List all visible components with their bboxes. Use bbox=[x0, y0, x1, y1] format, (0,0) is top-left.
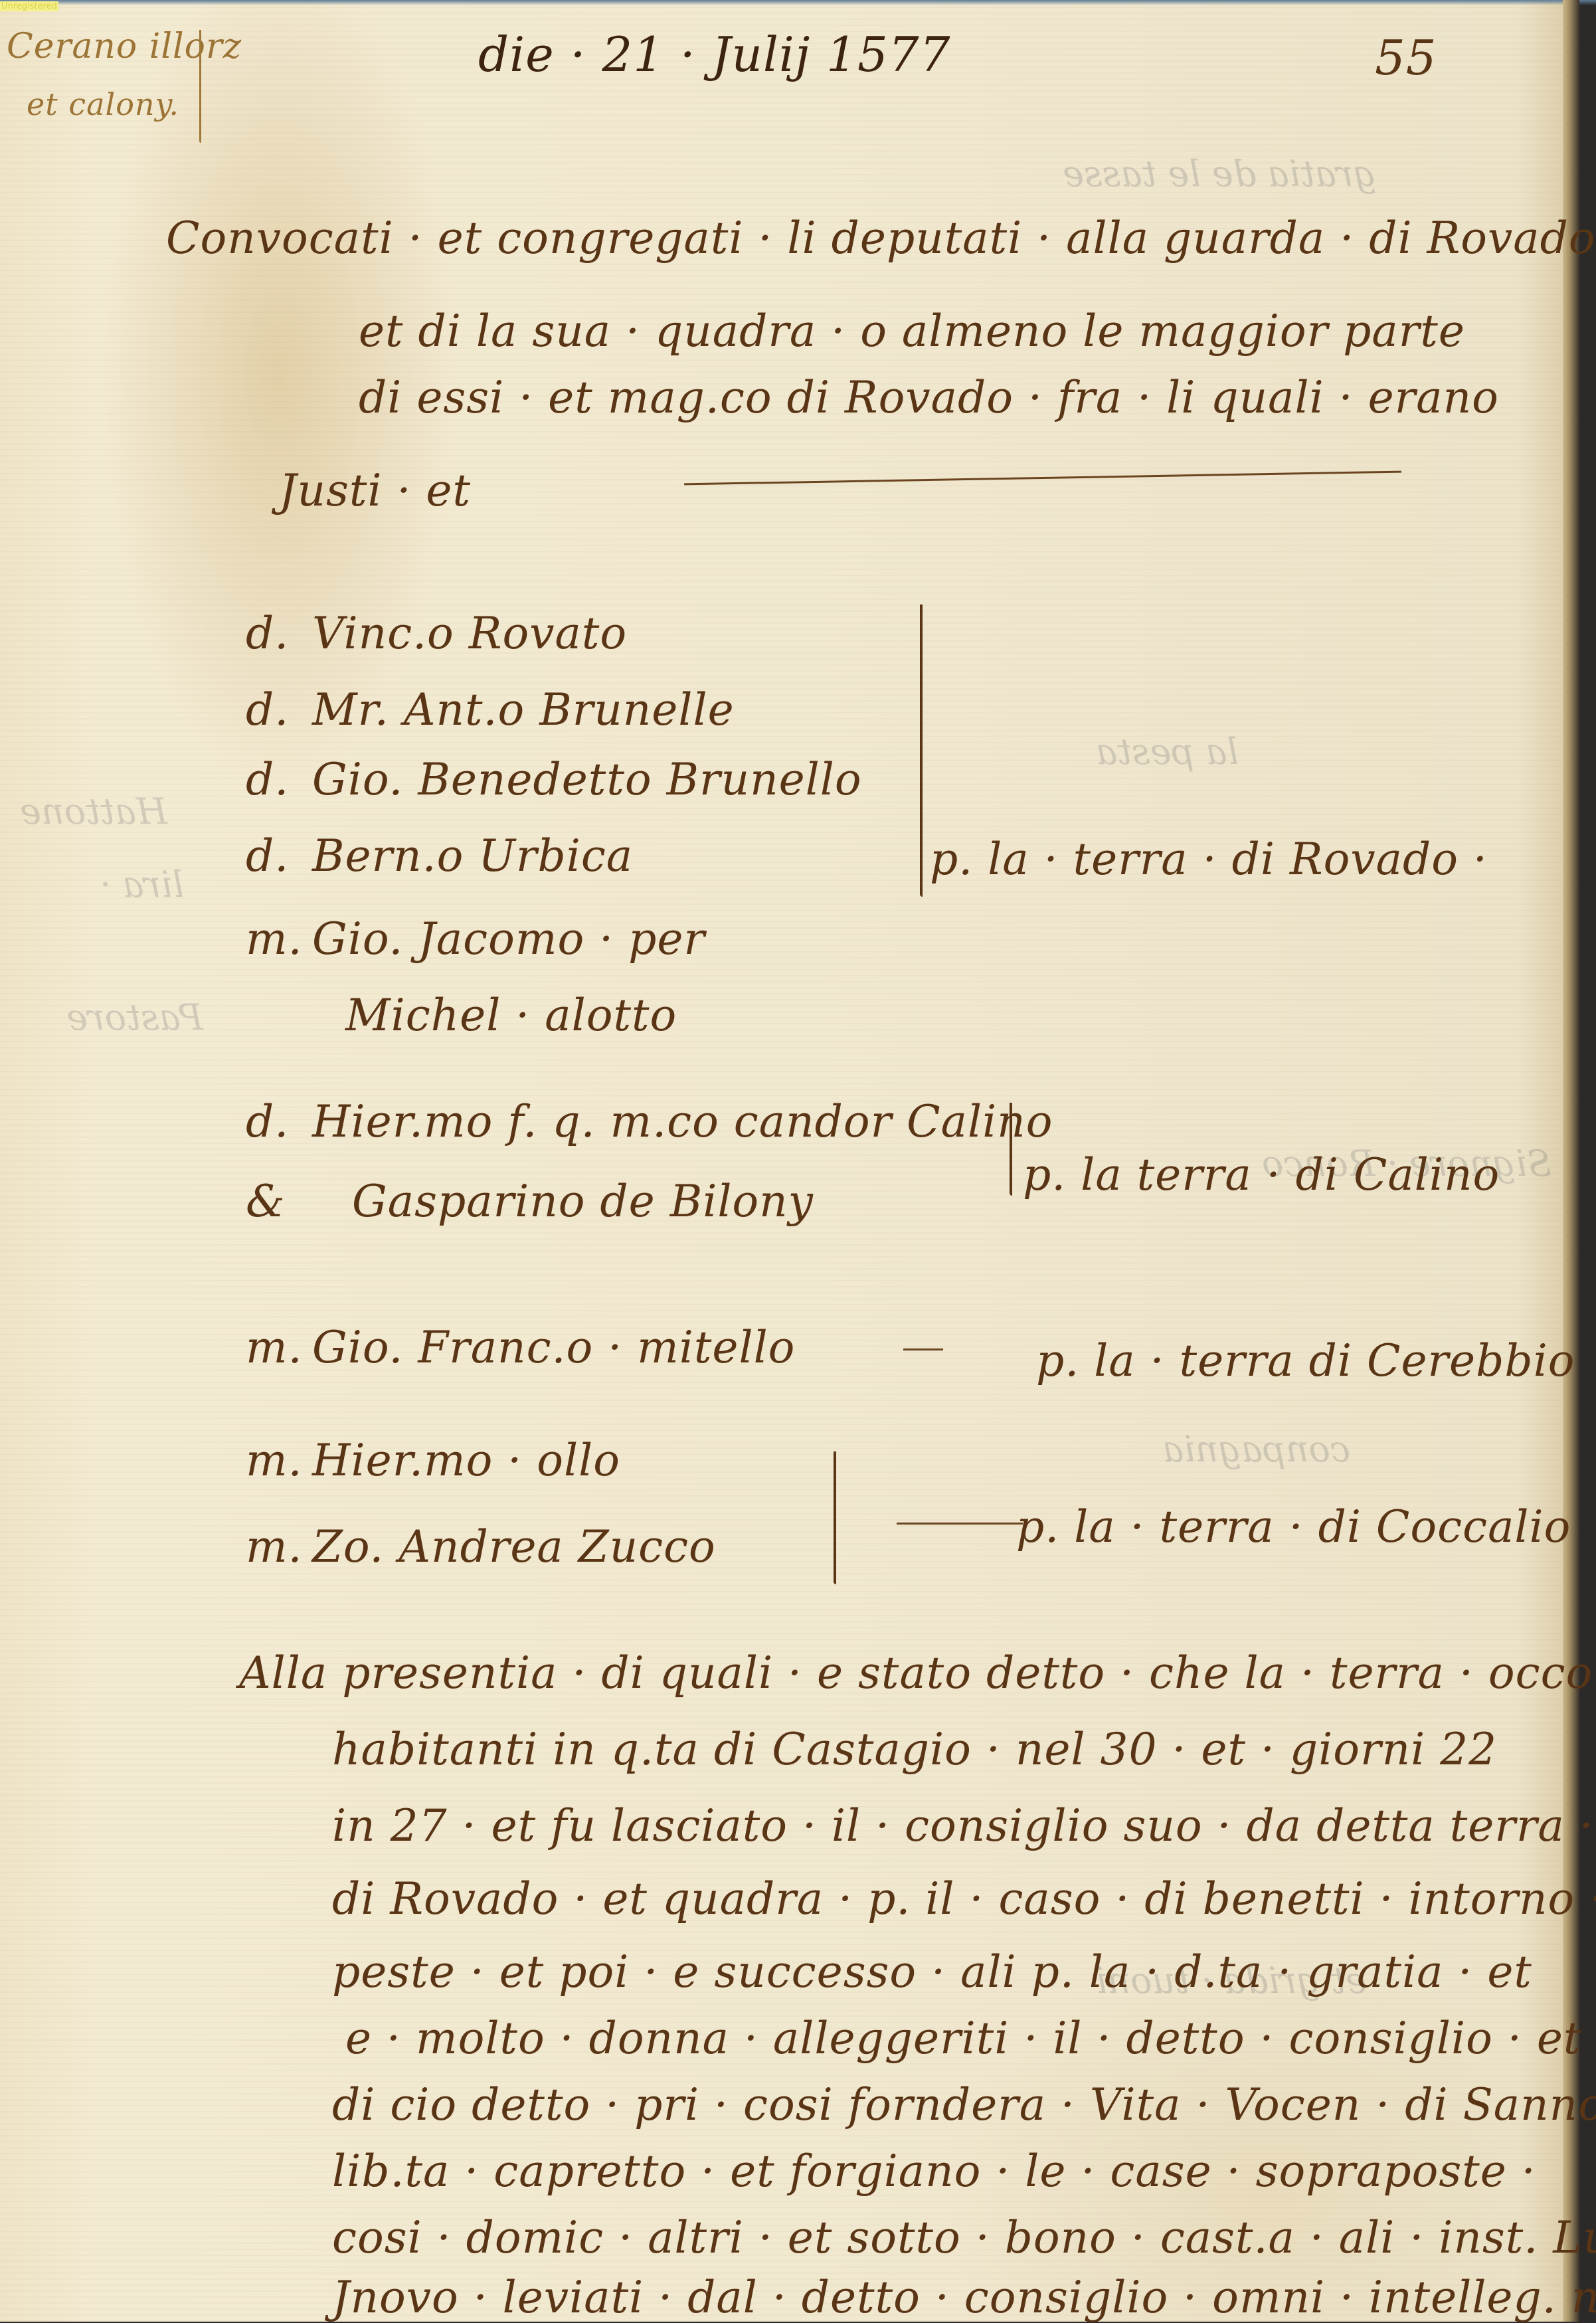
bleed-through-text: la pesta bbox=[1096, 731, 1239, 773]
member-prefix: d. bbox=[246, 754, 289, 805]
manuscript-page: Unregistered gratia de le tasse Hattone … bbox=[0, 0, 1579, 2322]
margin-note-line-1: Cerano illorz bbox=[7, 27, 242, 66]
entry-date: die · 21 · Julij 1577 bbox=[478, 27, 950, 82]
page-edge bbox=[1563, 0, 1579, 2322]
bleed-through-text: lira · bbox=[100, 864, 184, 905]
territory-label: p. la terra · di Calino bbox=[1023, 1149, 1500, 1200]
member-name: Gio. Franc.o · mitello bbox=[312, 1322, 795, 1373]
territory-label: p. la · terra · di Rovado · bbox=[930, 834, 1488, 885]
member-name: Zo. Andrea Zucco bbox=[312, 1521, 716, 1572]
closing-line: in 27 · et fu lasciato · il · consiglio … bbox=[332, 1800, 1594, 1851]
bleed-through-text: gratia de le tasse bbox=[1063, 153, 1376, 195]
member-name: Mr. Ant.o Brunelle bbox=[312, 684, 735, 735]
opening-line: Justi · et bbox=[279, 465, 471, 516]
group-bracket bbox=[834, 1451, 836, 1584]
bleed-through-text: Pastore bbox=[66, 996, 203, 1038]
closing-line: cosi · domic · altri · et sotto · bono ·… bbox=[332, 2212, 1596, 2263]
closing-line: di Rovado · et quadra · p. il · caso · d… bbox=[332, 1873, 1596, 1924]
opening-line: di essi · et mag.co di Rovado · fra · li… bbox=[359, 372, 1499, 423]
member-name: Gasparino de Bilony bbox=[352, 1176, 814, 1227]
member-name: Gio. Jacomo · per bbox=[312, 913, 705, 965]
margin-note-bracket bbox=[199, 30, 201, 143]
member-prefix: d. bbox=[246, 1096, 289, 1147]
opening-line: et di la sua · quadra · o almeno le magg… bbox=[359, 306, 1465, 357]
member-name: Hier.mo · ollo bbox=[312, 1435, 620, 1486]
member-name: Vinc.o Rovato bbox=[312, 608, 627, 659]
member-name: Gio. Benedetto Brunello bbox=[312, 754, 862, 805]
closing-line: habitanti in q.ta di Castagio · nel 30 ·… bbox=[332, 1724, 1497, 1775]
line-filler-stroke bbox=[684, 471, 1401, 486]
group-bracket bbox=[1010, 1103, 1012, 1196]
territory-label: p. la · terra · di Coccalio bbox=[1016, 1501, 1571, 1552]
territory-label: p. la · terra di Cerebbio bbox=[1036, 1335, 1575, 1386]
member-prefix: d. bbox=[246, 830, 289, 882]
group-bracket bbox=[920, 604, 923, 897]
member-prefix: m. bbox=[246, 913, 303, 965]
closing-line: di cio detto · pri · cosi forndera · Vit… bbox=[332, 2079, 1596, 2130]
opening-line: Convocati · et congregati · li deputati … bbox=[166, 213, 1596, 264]
closing-line: Alla presentia · di quali · e stato dett… bbox=[239, 1647, 1596, 1699]
member-prefix: m. bbox=[246, 1435, 303, 1486]
member-prefix: d. bbox=[246, 608, 289, 659]
connector-stroke bbox=[897, 1523, 1023, 1525]
member-prefix: d. bbox=[246, 684, 289, 735]
member-prefix: & bbox=[246, 1176, 286, 1227]
member-prefix: m. bbox=[246, 1322, 303, 1373]
connector-stroke bbox=[903, 1348, 943, 1350]
member-name: Bern.o Urbica bbox=[312, 830, 633, 882]
member-name: Hier.mo f. q. m.co candor Calino bbox=[312, 1096, 1053, 1147]
margin-note-line-2: et calony. bbox=[27, 86, 179, 122]
closing-line: lib.ta · capretto · et forgiano · le · c… bbox=[332, 2146, 1536, 2197]
closing-line: Jnovo · leviati · dal · detto · consigli… bbox=[332, 2272, 1596, 2322]
bleed-through-text: Hattone bbox=[20, 790, 167, 832]
bleed-through-text: conpagnia bbox=[1162, 1428, 1350, 1470]
folio-number: 55 bbox=[1375, 30, 1437, 86]
member-name: Michel · alotto bbox=[345, 990, 677, 1041]
closing-line: peste · et poi · e successo · ali p. la … bbox=[332, 1946, 1532, 1998]
scan-top-shadow bbox=[0, 0, 1596, 5]
member-prefix: m. bbox=[246, 1521, 303, 1572]
unregistered-watermark: Unregistered bbox=[0, 1, 58, 11]
closing-line: e · molto · donna · alleggeriti · il · d… bbox=[345, 2013, 1596, 2064]
